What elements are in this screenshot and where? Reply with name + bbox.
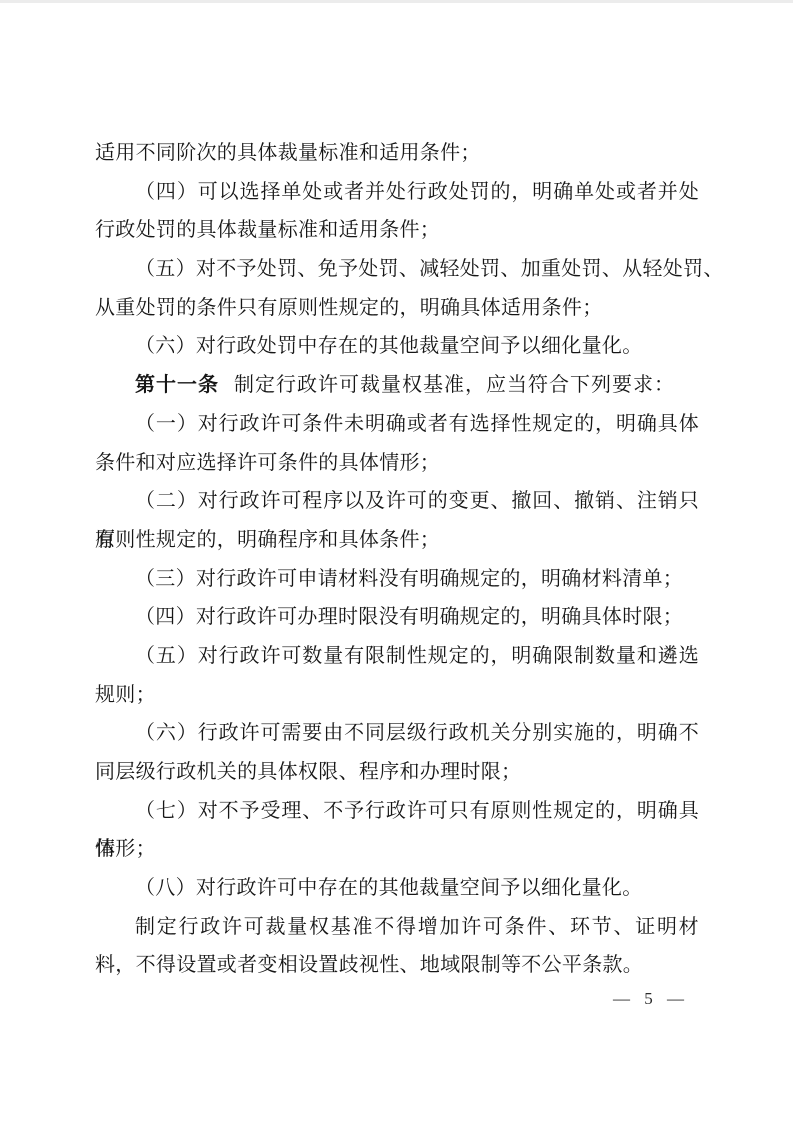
article-heading-text: 制定行政许可裁量权基准，应当符合下列要求： [234,374,675,396]
page-number: — 5 — [613,988,689,1010]
scan-edge-artifact [0,0,793,3]
text-line: （八）对行政许可中存在的其他裁量空间予以细化量化。 [95,869,699,908]
text-line: 条件和对应选择许可条件的具体情形； [95,444,699,483]
text-line: 行政处罚的具体裁量标准和适用条件； [95,211,699,250]
text-line: 原则性规定的，明确程序和具体条件； [95,521,699,560]
text-line: （五）对行政许可数量有限制性规定的，明确限制数量和遴选 [95,637,699,676]
text-line: 料，不得设置或者变相设置歧视性、地域限制等不公平条款。 [95,946,699,985]
text-line: 规则； [95,676,699,715]
text-line: （二）对行政许可程序以及许可的变更、撤回、撤销、注销只有 [95,482,699,521]
text-line: （七）对不予受理、不予行政许可只有原则性规定的，明确具体 [95,792,699,831]
text-line: （五）对不予处罚、免予处罚、减轻处罚、加重处罚、从轻处罚、 [95,250,699,289]
article-heading-line: 第十一条制定行政许可裁量权基准，应当符合下列要求： [95,366,699,405]
text-line: （四）可以选择单处或者并处行政处罚的，明确单处或者并处 [95,173,699,212]
article-number: 第十一条 [135,374,219,396]
text-line: 情形； [95,830,699,869]
text-line: （一）对行政许可条件未明确或者有选择性规定的，明确具体 [95,405,699,444]
text-line: 同层级行政机关的具体权限、程序和办理时限； [95,753,699,792]
text-line: （三）对行政许可申请材料没有明确规定的，明确材料清单； [95,560,699,599]
text-line: 从重处罚的条件只有原则性规定的，明确具体适用条件； [95,289,699,328]
document-body: 适用不同阶次的具体裁量标准和适用条件； （四）可以选择单处或者并处行政处罚的，明… [95,134,699,985]
text-line: （六）对行政处罚中存在的其他裁量空间予以细化量化。 [95,327,699,366]
text-line: （六）行政许可需要由不同层级行政机关分别实施的，明确不 [95,714,699,753]
text-line: 适用不同阶次的具体裁量标准和适用条件； [95,134,699,173]
text-line: 制定行政许可裁量权基准不得增加许可条件、环节、证明材 [95,908,699,947]
document-page: 适用不同阶次的具体裁量标准和适用条件； （四）可以选择单处或者并处行政处罚的，明… [0,0,793,1122]
text-line: （四）对行政许可办理时限没有明确规定的，明确具体时限； [95,598,699,637]
